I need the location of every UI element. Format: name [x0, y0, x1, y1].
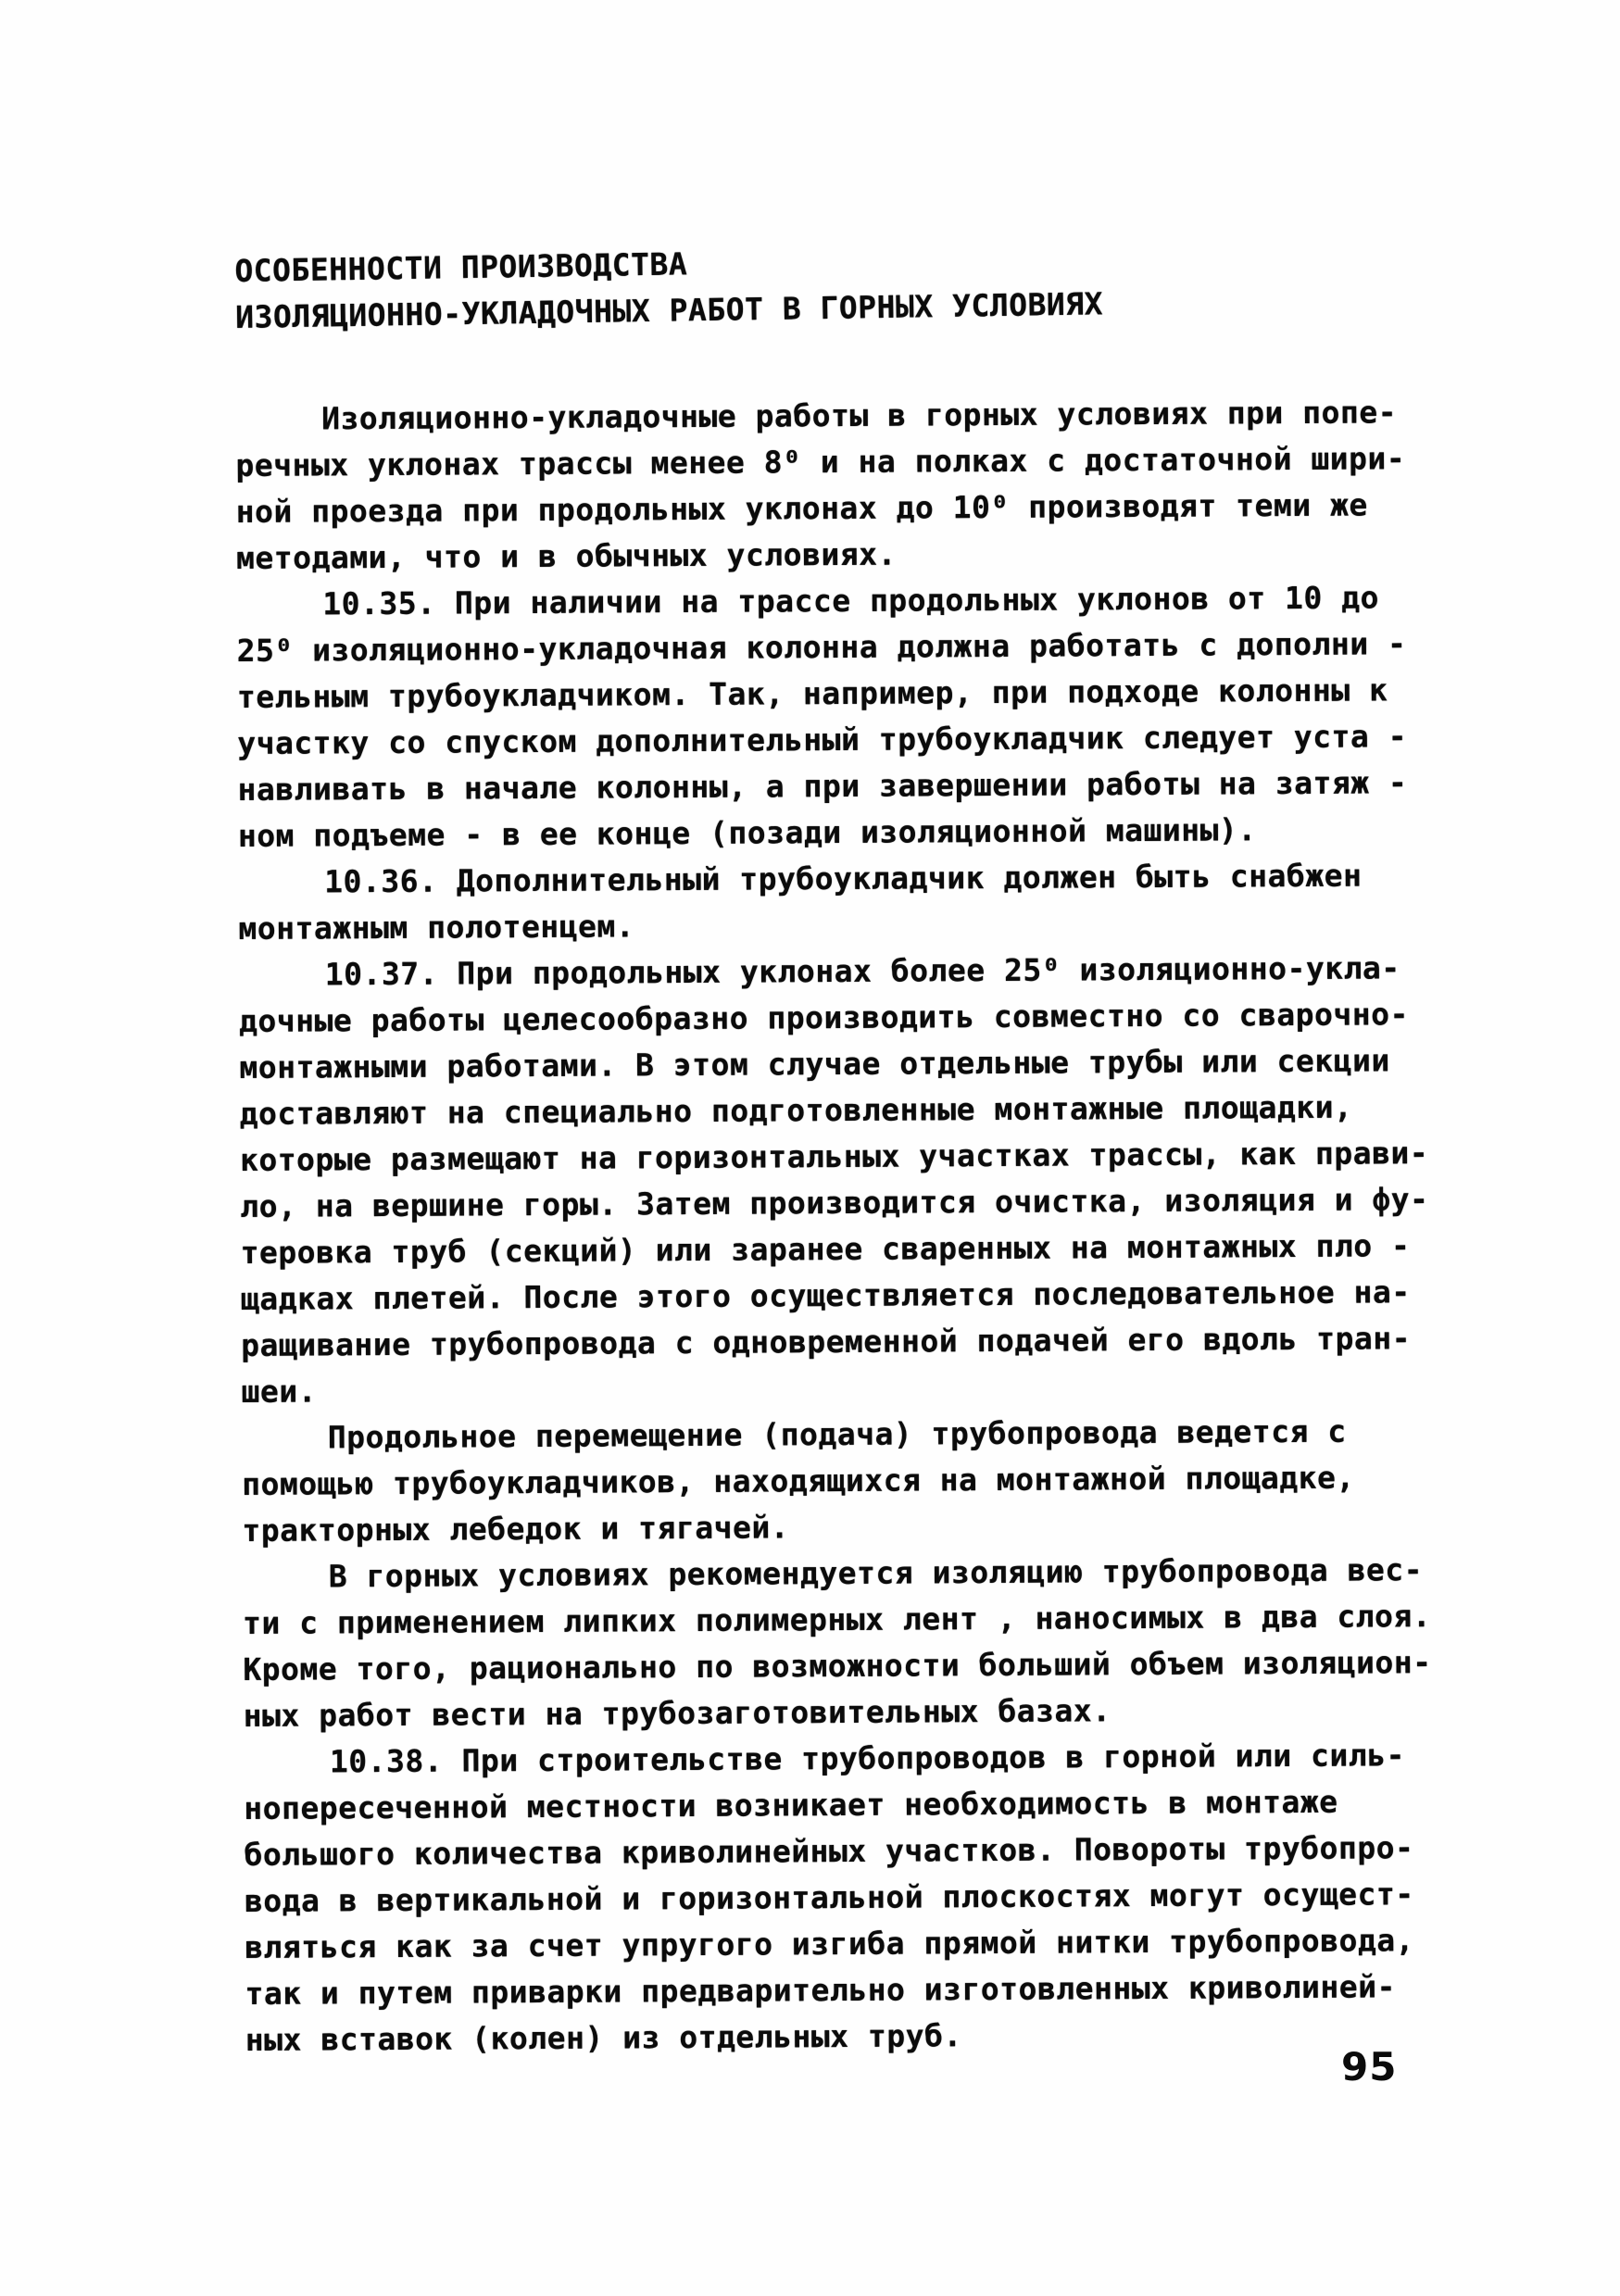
document-page: ОСОБЕННОСТИ ПРОИЗВОДСТВАИЗОЛЯЦИОННО-УКЛА… — [0, 0, 1620, 2296]
text-line: доставляют на специально подготовленные … — [240, 1084, 1444, 1137]
text-line: ных вставок (колен) из отдельных труб. — [245, 2010, 1450, 2064]
paragraph: 10.37. При продольных уклонах более 25⁰ … — [239, 945, 1446, 1415]
text-line: тракторных лебедок и тягачей. — [242, 1500, 1446, 1554]
paragraph: В горных условиях рекомендуется изоляцию… — [243, 1547, 1448, 1739]
text-line: теровка труб (секций) или заранее сварен… — [240, 1223, 1444, 1276]
text-line: 10.36. Дополнительный трубоукладчик долж… — [238, 852, 1442, 906]
text-line: участку со спуском дополнительный трубоу… — [237, 713, 1441, 767]
text-line: В горных условиях рекомендуется изоляцию… — [243, 1547, 1447, 1600]
text-line: щадках плетей. После этого осуществляетс… — [241, 1269, 1445, 1323]
paragraph: 10.36. Дополнительный трубоукладчик долж… — [238, 852, 1443, 952]
text-line: тельным трубоукладчиком. Так, например, … — [237, 667, 1441, 721]
text-line: помощью трубоукладчиков, находящихся на … — [242, 1454, 1446, 1508]
text-line: которые размещают на горизонтальных учас… — [240, 1130, 1444, 1184]
text-line: вода в вертикальной и горизонтальной пло… — [245, 1871, 1449, 1925]
text-line: монтажными работами. В этом случае отдел… — [239, 1037, 1443, 1091]
section-heading: ОСОБЕННОСТИ ПРОИЗВОДСТВАИЗОЛЯЦИОННО-УКЛА… — [234, 230, 1439, 341]
text-line: ном подъеме - в ее конце (позади изоляци… — [238, 806, 1442, 859]
text-line: навливать в начале колонны, а при заверш… — [237, 759, 1441, 813]
text-line: методами, что и в обычных условиях. — [236, 528, 1440, 582]
text-line: ти с применением липких полимерных лент … — [243, 1593, 1447, 1647]
paragraph: Продольное перемещение (подача) трубопро… — [242, 1408, 1447, 1554]
text-line: Изоляционно-укладочные работы в горных у… — [235, 389, 1439, 443]
text-line: 10.38. При строительстве трубопроводов в… — [244, 1732, 1448, 1786]
text-line: нопересеченной местности возникает необх… — [244, 1778, 1448, 1832]
text-line: дочные работы целесообразно производить … — [239, 991, 1443, 1045]
text-line: 25⁰ изоляционно-укладочная колонна должн… — [237, 621, 1441, 674]
text-line: ной проезда при продольных уклонах до 10… — [236, 482, 1440, 535]
body-text: Изоляционно-укладочные работы в горных у… — [235, 389, 1450, 2064]
text-line: Кроме того, рационально по возможности б… — [243, 1639, 1447, 1693]
paragraph: Изоляционно-укладочные работы в горных у… — [235, 389, 1440, 582]
page-content: ОСОБЕННОСТИ ПРОИЗВОДСТВАИЗОЛЯЦИОННО-УКЛА… — [234, 241, 1450, 2064]
text-line: ращивание трубопровода с одновременной п… — [241, 1315, 1445, 1369]
text-line: 10.35. При наличии на трассе продольных … — [236, 574, 1440, 628]
paragraph: 10.38. При строительстве трубопроводов в… — [244, 1732, 1450, 2064]
text-line: речных уклонах трассы менее 8⁰ и на полк… — [235, 435, 1439, 489]
text-line: вляться как за счет упругого изгиба прям… — [245, 1917, 1449, 1971]
text-line: шеи. — [241, 1361, 1445, 1415]
page-number: 95 — [1341, 2044, 1397, 2089]
text-line: Продольное перемещение (подача) трубопро… — [242, 1408, 1446, 1462]
text-line: ло, на вершине горы. Затем производится … — [240, 1176, 1444, 1230]
text-line: так и путем приварки предварительно изго… — [245, 1964, 1449, 2017]
text-line: ных работ вести на трубозаготовительных … — [244, 1686, 1448, 1739]
paragraph: 10.35. При наличии на трассе продольных … — [236, 574, 1442, 859]
text-line: 10.37. При продольных уклонах более 25⁰ … — [239, 945, 1443, 998]
text-line: большого количества криволинейных участк… — [244, 1825, 1448, 1878]
text-line: монтажным полотенцем. — [238, 898, 1442, 952]
